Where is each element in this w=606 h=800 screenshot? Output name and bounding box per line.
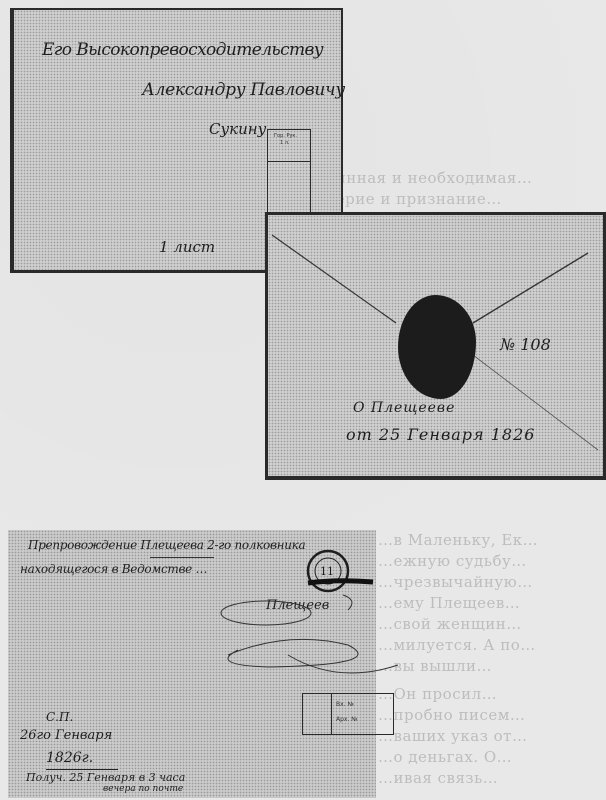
postal-box: Гор. Рук. 1 л.	[267, 129, 311, 222]
postal-box-subheader: 1 л.	[280, 140, 290, 146]
postal-box-divider	[268, 161, 310, 162]
address-line-1: Его Высокопревосходительству	[42, 40, 323, 60]
address-line-2: Александру Павловичу	[142, 80, 345, 100]
date-line-1: С.П.	[46, 710, 73, 724]
envelope-number: № 108	[500, 335, 551, 354]
ghost-line: …о деньгах. О…	[378, 747, 512, 768]
footer-line-1: Получ. 25 Генваря в 3 часа	[26, 771, 185, 784]
svg-text:11: 11	[320, 565, 334, 578]
note-line-1: О Плещееве	[353, 400, 455, 416]
registry-box-divider	[331, 694, 332, 734]
ghost-line: …ваших указ от…	[378, 726, 527, 747]
registry-row-2: Арх. №	[336, 716, 358, 723]
postal-box-header: Гор. Рук.	[274, 133, 297, 139]
signature-flourish	[208, 585, 408, 705]
heading-line-1: Препровождение Плещеева 2-го полковника	[28, 538, 305, 552]
sheet-count-note: 1 лист	[159, 238, 215, 256]
wax-seal-icon	[398, 295, 476, 399]
date-line-3: 1826г.	[46, 750, 93, 766]
ghost-line: …в Маленьку, Ек…	[378, 530, 538, 551]
date-line-2: 26го Генваря	[20, 728, 112, 743]
date-underline	[46, 769, 118, 770]
registry-row-1: Вх. №	[336, 701, 354, 708]
heading-underline	[150, 557, 214, 558]
envelope-back-sealed: № 108 О Плещееве от 25 Генваря 1826	[265, 212, 606, 480]
ghost-line: …ивая связь…	[378, 768, 498, 789]
heading-line-2: находящегося в Ведомстве …	[20, 562, 207, 576]
envelope-front-bottom: Препровождение Плещеева 2-го полковника …	[8, 530, 376, 798]
note-line-2: от 25 Генваря 1826	[346, 425, 535, 444]
address-line-3: Сукину	[209, 120, 266, 138]
registry-box: Вх. № Арх. №	[302, 693, 394, 735]
footer-line-2: вечера по почте	[103, 784, 183, 794]
ghost-line: …пробно писем…	[378, 705, 525, 726]
